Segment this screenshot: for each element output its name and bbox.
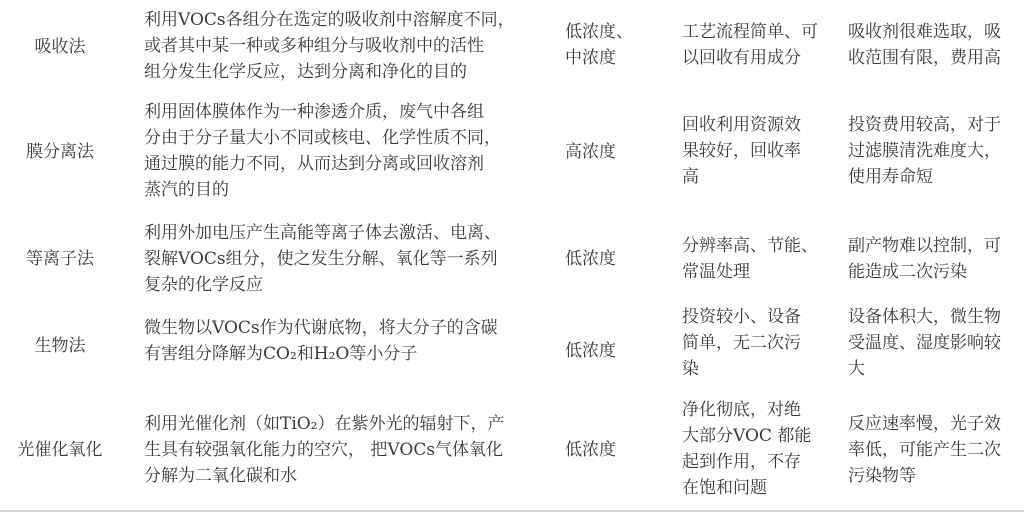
disadvantages-line: 设备体积大，微生物 (848, 304, 1024, 330)
disadvantages-cell: 反应速率慢，光子效 率低，可能产生二次 污染物等 (848, 411, 1024, 489)
disadvantages-line: 大 (848, 356, 1024, 382)
disadvantages-cell: 副产物难以控制，可 能造成二次污染 (848, 233, 1024, 285)
advantages-cell: 投资较小、设备 简单，无二次污 染 (682, 304, 822, 382)
disadvantages-line: 副产物难以控制，可 (848, 233, 1024, 259)
concentration-cell: 低浓度 (565, 246, 665, 272)
principle-line: 生具有较强氧化能力的空穴， 把VOCs气体氧化 (144, 437, 549, 463)
concentration-line: 低浓度、 (565, 19, 665, 45)
disadvantages-line: 投资费用较高，对于 (848, 112, 1024, 138)
disadvantages-cell: 设备体积大，微生物 受温度、湿度影响较 大 (848, 304, 1024, 382)
advantages-line: 投资较小、设备 (682, 304, 822, 330)
disadvantages-line: 过滤膜清洗难度大， (848, 138, 1024, 164)
principle-line: 组分发生化学反应，达到分离和净化的目的 (144, 59, 549, 85)
principle-line: 分由于分子量大小不同或核电、化学性质不同， (144, 125, 549, 151)
concentration-cell: 低浓度、 中浓度 (565, 19, 665, 71)
method-cell: 吸收法 (0, 34, 120, 60)
advantages-line: 净化彻底，对绝 (682, 397, 822, 423)
advantages-line: 工艺流程简单、可 (682, 19, 822, 45)
principle-line: 利用VOCs各组分在选定的吸收剂中溶解度不同， (144, 7, 549, 33)
method-cell: 等离子法 (0, 246, 120, 272)
disadvantages-cell: 投资费用较高，对于 过滤膜清洗难度大， 使用寿命短 (848, 112, 1024, 190)
method-name: 生物法 (0, 333, 120, 359)
method-name: 等离子法 (0, 246, 120, 272)
principle-cell: 利用固体膜体作为一种渗透介质，废气中各组 分由于分子量大小不同或核电、化学性质不… (144, 99, 549, 203)
advantages-line: 大部分VOC 都能 (682, 423, 822, 449)
principle-line: 复杂的化学反应 (144, 272, 549, 298)
method-cell: 生物法 (0, 333, 120, 359)
principle-line: 裂解VOCs组分，使之发生分解、氧化等一系列 (144, 246, 549, 272)
advantages-line: 染 (682, 356, 822, 382)
advantages-cell: 净化彻底，对绝 大部分VOC 都能 起到作用，不存 在饱和问题 (682, 397, 822, 501)
advantages-line: 简单，无二次污 (682, 330, 822, 356)
method-cell: 膜分离法 (0, 139, 120, 165)
principle-line: 通过膜的能力不同，从而达到分离或回收溶剂 (144, 151, 549, 177)
advantages-line: 分辨率高、节能、 (682, 233, 822, 259)
principle-line: 利用固体膜体作为一种渗透介质，废气中各组 (144, 99, 549, 125)
principle-line: 有害组分降解为CO₂和H₂O等小分子 (144, 341, 549, 367)
concentration-cell: 低浓度 (565, 437, 665, 463)
disadvantages-line: 受温度、湿度影响较 (848, 330, 1024, 356)
advantages-cell: 工艺流程简单、可 以回收有用成分 (682, 19, 822, 71)
method-name: 吸收法 (0, 34, 120, 60)
principle-cell: 利用外加电压产生高能等离子体去激活、电离、 裂解VOCs组分，使之发生分解、氧化… (144, 220, 549, 298)
principle-cell: 利用VOCs各组分在选定的吸收剂中溶解度不同， 或者其中某一种或多种组分与吸收剂… (144, 7, 549, 85)
principle-line: 或者其中某一种或多种组分与吸收剂中的活性 (144, 33, 549, 59)
disadvantages-line: 率低，可能产生二次 (848, 437, 1024, 463)
concentration-line: 低浓度 (565, 246, 665, 272)
disadvantages-line: 使用寿命短 (848, 164, 1024, 190)
advantages-line: 在饱和问题 (682, 475, 822, 501)
advantages-cell: 回收利用资源效 果较好，回收率 高 (682, 112, 822, 190)
advantages-cell: 分辨率高、节能、 常温处理 (682, 233, 822, 285)
principle-line: 微生物以VOCs作为代谢底物，将大分子的含碳 (144, 315, 549, 341)
advantages-line: 高 (682, 164, 822, 190)
advantages-line: 回收利用资源效 (682, 112, 822, 138)
concentration-line: 高浓度 (565, 139, 665, 165)
advantages-line: 果较好，回收率 (682, 138, 822, 164)
method-cell: 光催化氧化 (0, 437, 120, 463)
disadvantages-line: 吸收剂很难选取，吸 (848, 19, 1024, 45)
advantages-line: 常温处理 (682, 259, 822, 285)
disadvantages-line: 收范围有限，费用高 (848, 45, 1024, 71)
principle-line: 分解为二氧化碳和水 (144, 463, 549, 489)
disadvantages-cell: 吸收剂很难选取，吸 收范围有限，费用高 (848, 19, 1024, 71)
concentration-line: 低浓度 (565, 437, 665, 463)
method-name: 膜分离法 (0, 139, 120, 165)
advantages-line: 起到作用，不存 (682, 449, 822, 475)
concentration-line: 中浓度 (565, 45, 665, 71)
principle-cell: 利用光催化剂（如TiO₂）在紫外光的辐射下，产 生具有较强氧化能力的空穴， 把V… (144, 411, 549, 489)
table-bottom-rule (0, 510, 1024, 512)
principle-cell: 微生物以VOCs作为代谢底物，将大分子的含碳 有害组分降解为CO₂和H₂O等小分… (144, 315, 549, 367)
concentration-cell: 低浓度 (565, 338, 665, 364)
disadvantages-line: 能造成二次污染 (848, 259, 1024, 285)
concentration-line: 低浓度 (565, 338, 665, 364)
principle-line: 利用外加电压产生高能等离子体去激活、电离、 (144, 220, 549, 246)
principle-line: 利用光催化剂（如TiO₂）在紫外光的辐射下，产 (144, 411, 549, 437)
disadvantages-line: 污染物等 (848, 463, 1024, 489)
principle-line: 蒸汽的目的 (144, 177, 549, 203)
disadvantages-line: 反应速率慢，光子效 (848, 411, 1024, 437)
concentration-cell: 高浓度 (565, 139, 665, 165)
advantages-line: 以回收有用成分 (682, 45, 822, 71)
method-name: 光催化氧化 (0, 437, 120, 463)
